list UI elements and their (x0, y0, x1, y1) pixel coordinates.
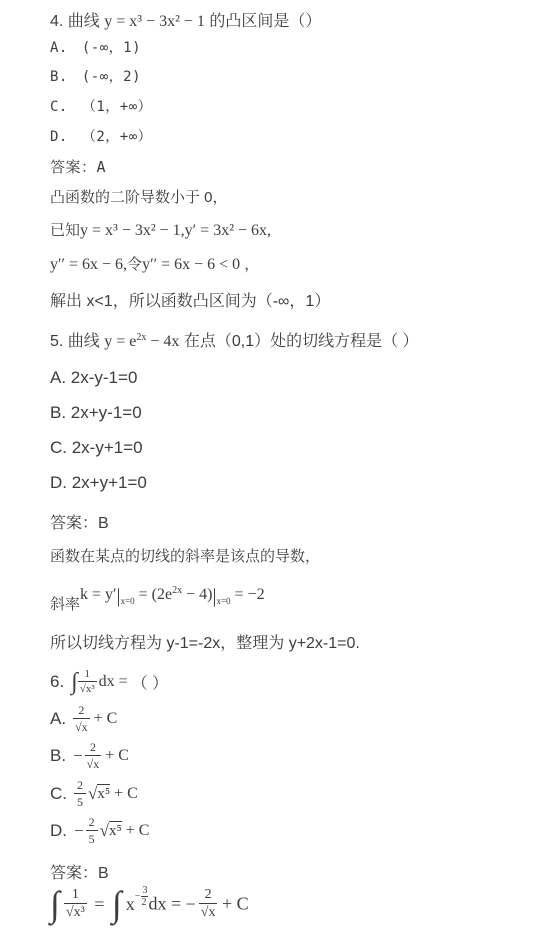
q4-explain-line2: 已知y = x³ − 3x² − 1,y′ = 3x² − 6x, (50, 219, 271, 240)
q4-answer: 答案：A (50, 156, 106, 177)
q6-option-d-coefficient-denominator: 5 (86, 831, 98, 846)
q5-option-a: A. 2x-y-1=0 (50, 368, 137, 388)
q4-option-b-label: B. (50, 69, 68, 85)
q6-option-a-label: A. (50, 709, 66, 728)
document-page: 4. 曲线 y = x³ − 3x² − 1 的凸区间是（） A.(-∞，1) … (0, 0, 539, 936)
q4-option-c-value: （1，+∞） (82, 99, 152, 115)
q6-option-c-radical-sign: √ (88, 784, 97, 803)
q6-final-exponent: −32 (135, 885, 149, 909)
q4-explain-line3: y′′ = 6x − 6,令y′′ = 6x − 6 < 0 ， (50, 253, 259, 274)
q6-title-fraction-numerator: 1 (78, 668, 97, 682)
q5-option-c: C. 2x-y+1=0 (50, 438, 143, 458)
q6-option-b: B.−2√x+ C (50, 741, 129, 771)
q4-explain-line3-cn: 令 (127, 256, 142, 273)
q5-eval-sub-2: x=0 (216, 596, 230, 606)
q4-option-d: D.（2，+∞） (50, 126, 152, 146)
q6-final-formula: ∫1√x³ = ∫x−32dx = −2√x + C (50, 885, 249, 922)
q6-option-a-numerator: 2 (73, 704, 90, 719)
q6-title-fraction: 1√x³ (78, 668, 97, 696)
q6-option-b-suffix: + C (105, 747, 129, 764)
q6-final-fraction-2-numerator: 2 (199, 887, 218, 904)
q6-final-integral-2: ∫ (112, 884, 122, 924)
q6-option-a-fraction: 2√x (73, 704, 90, 734)
q6-option-c-label: C. (50, 784, 67, 803)
q4-explain-line4: 解出 x<1，所以函数凸区间为（-∞，1） (50, 288, 330, 311)
q4-option-d-label: D. (50, 129, 68, 145)
q5-answer: 答案：B (50, 510, 109, 533)
q5-explain-line1: 函数在某点的切线的斜率是该点的导数， (50, 545, 320, 566)
q6-final-exponent-minus: − (135, 891, 141, 902)
q6-option-a-radical-sign: √ (75, 720, 82, 734)
q6-final-radicand-2: x (208, 903, 215, 920)
q6-option-d-coefficient: 25 (86, 816, 98, 846)
q6-integral-sign: ∫ (71, 669, 78, 695)
q6-option-d-radical-sign: √ (100, 821, 109, 840)
q6-option-b-numerator: 2 (85, 741, 102, 756)
q6-option-b-fraction: 2√x (85, 741, 102, 771)
q4-option-d-value: （2，+∞） (82, 129, 152, 145)
q4-explain-line1: 凸函数的二阶导数小于 0， (50, 186, 228, 207)
q6-final-fraction-1-denominator: √x³ (64, 904, 87, 922)
q4-option-c: C.（1，+∞） (50, 96, 152, 116)
q4-option-b: B.(-∞，2) (50, 66, 141, 86)
q6-final-integral-1: ∫ (50, 884, 60, 924)
q5-title-formula-exponent: 2x (136, 332, 146, 343)
q5-slope-k: k = y′ (80, 586, 117, 603)
q4-explain-line3-formula2: y′′ = 6x − 6 < 0 (142, 256, 240, 273)
q6-option-d-minus: − (74, 821, 84, 840)
q4-title-pre: 4. 曲线 (50, 13, 104, 30)
q6-option-d-suffix: + C (126, 822, 150, 839)
q5-slope-formula: 斜率k = y′|x=0 = (2e2x − 4)|x=0 = −2 (50, 583, 265, 608)
q5-title-post: 在点（0,1）处的切线方程是（ ） (179, 333, 418, 350)
q6-option-c-radicand: x⁵ (97, 784, 110, 802)
q6-title-fraction-denominator: √x³ (78, 682, 97, 696)
q6-option-d: D.−25√x⁵+ C (50, 816, 149, 846)
q6-final-minus: − (186, 894, 196, 914)
q6-title: 6.∫1√x³dx = （ ） (50, 668, 168, 696)
q6-option-c-coefficient-denominator: 5 (74, 794, 86, 809)
q4-explain-line3-formula1: y′′ = 6x − 6, (50, 256, 127, 273)
q5-title-formula-base: y = e (104, 333, 136, 350)
q6-title-radical-sign: √ (80, 683, 86, 695)
q4-option-a-value: (-∞，1) (82, 40, 141, 56)
q6-option-a-radicand: x (82, 718, 88, 734)
q5-slope-label: 斜率 (50, 596, 80, 613)
q6-option-a-denominator: √x (73, 719, 90, 734)
q6-final-x: x (126, 894, 135, 914)
q6-title-number: 6. (50, 672, 64, 691)
q5-slope-result: = −2 (231, 586, 265, 603)
q4-title: 4. 曲线 y = x³ − 3x² − 1 的凸区间是（） (50, 8, 321, 31)
q6-option-a-suffix: + C (94, 710, 118, 727)
q4-explain-line2-pre: 已知 (50, 222, 80, 239)
q5-explain-line3: 所以切线方程为 y-1=-2x，整理为 y+2x-1=0. (50, 630, 360, 653)
q4-title-formula: y = x³ − 3x² − 1 (104, 13, 205, 30)
q4-option-c-label: C. (50, 99, 68, 115)
q5-title-pre: 5. 曲线 (50, 333, 104, 350)
q6-option-c-coefficient-numerator: 2 (74, 779, 86, 794)
q6-final-radicand-1: x³ (74, 903, 85, 920)
q6-option-c-coefficient: 25 (74, 779, 86, 809)
q5-slope-mid: = (2e (135, 586, 172, 603)
q6-option-b-minus: − (73, 746, 83, 765)
q5-option-b: B. 2x+y-1=0 (50, 403, 142, 423)
q6-option-a: A.2√x+ C (50, 704, 117, 734)
q6-final-dx-equals: dx = (148, 894, 185, 914)
q5-eval-sub-1: x=0 (121, 596, 135, 606)
q6-option-c: C.25√x⁵+ C (50, 779, 138, 809)
q6-final-fraction-1: 1√x³ (64, 887, 87, 922)
q6-option-d-coefficient-numerator: 2 (86, 816, 98, 831)
q6-final-fraction-2: 2√x (199, 887, 218, 922)
q6-option-d-radicand: x⁵ (109, 821, 122, 839)
q5-option-d: D. 2x+y+1=0 (50, 473, 147, 493)
q4-option-a: A.(-∞，1) (50, 37, 141, 57)
q6-answer: 答案：B (50, 860, 109, 883)
q6-final-radical-1: √ (66, 905, 74, 920)
q6-title-paren: （ ） (132, 675, 168, 692)
q4-title-post: 的凸区间是（） (205, 13, 321, 30)
q6-final-fraction-2-denominator: √x (199, 904, 218, 922)
q6-title-radicand: x³ (86, 681, 95, 695)
q5-slope-exponent: 2x (172, 585, 182, 596)
q6-option-d-label: D. (50, 821, 67, 840)
q5-slope-close: − 4) (182, 586, 212, 603)
q5-title-formula-rest: − 4x (146, 333, 179, 350)
q6-option-c-suffix: + C (114, 785, 138, 802)
q4-explain-line3-punct: ， (240, 256, 259, 273)
q6-option-b-radicand: x (93, 755, 99, 771)
q4-option-b-value: (-∞，2) (82, 69, 141, 85)
q6-option-b-denominator: √x (85, 756, 102, 771)
q6-final-equals-1: = (90, 894, 109, 914)
q6-option-b-label: B. (50, 746, 66, 765)
q6-final-fraction-1-numerator: 1 (64, 887, 87, 904)
q4-explain-line2-formula: y = x³ − 3x² − 1,y′ = 3x² − 6x, (80, 222, 271, 239)
q5-title: 5. 曲线 y = e2x − 4x 在点（0,1）处的切线方程是（ ） (50, 328, 419, 351)
q6-title-dx: dx = (99, 673, 132, 690)
q4-option-a-label: A. (50, 40, 68, 56)
q6-final-plus-c: + C (217, 894, 248, 914)
